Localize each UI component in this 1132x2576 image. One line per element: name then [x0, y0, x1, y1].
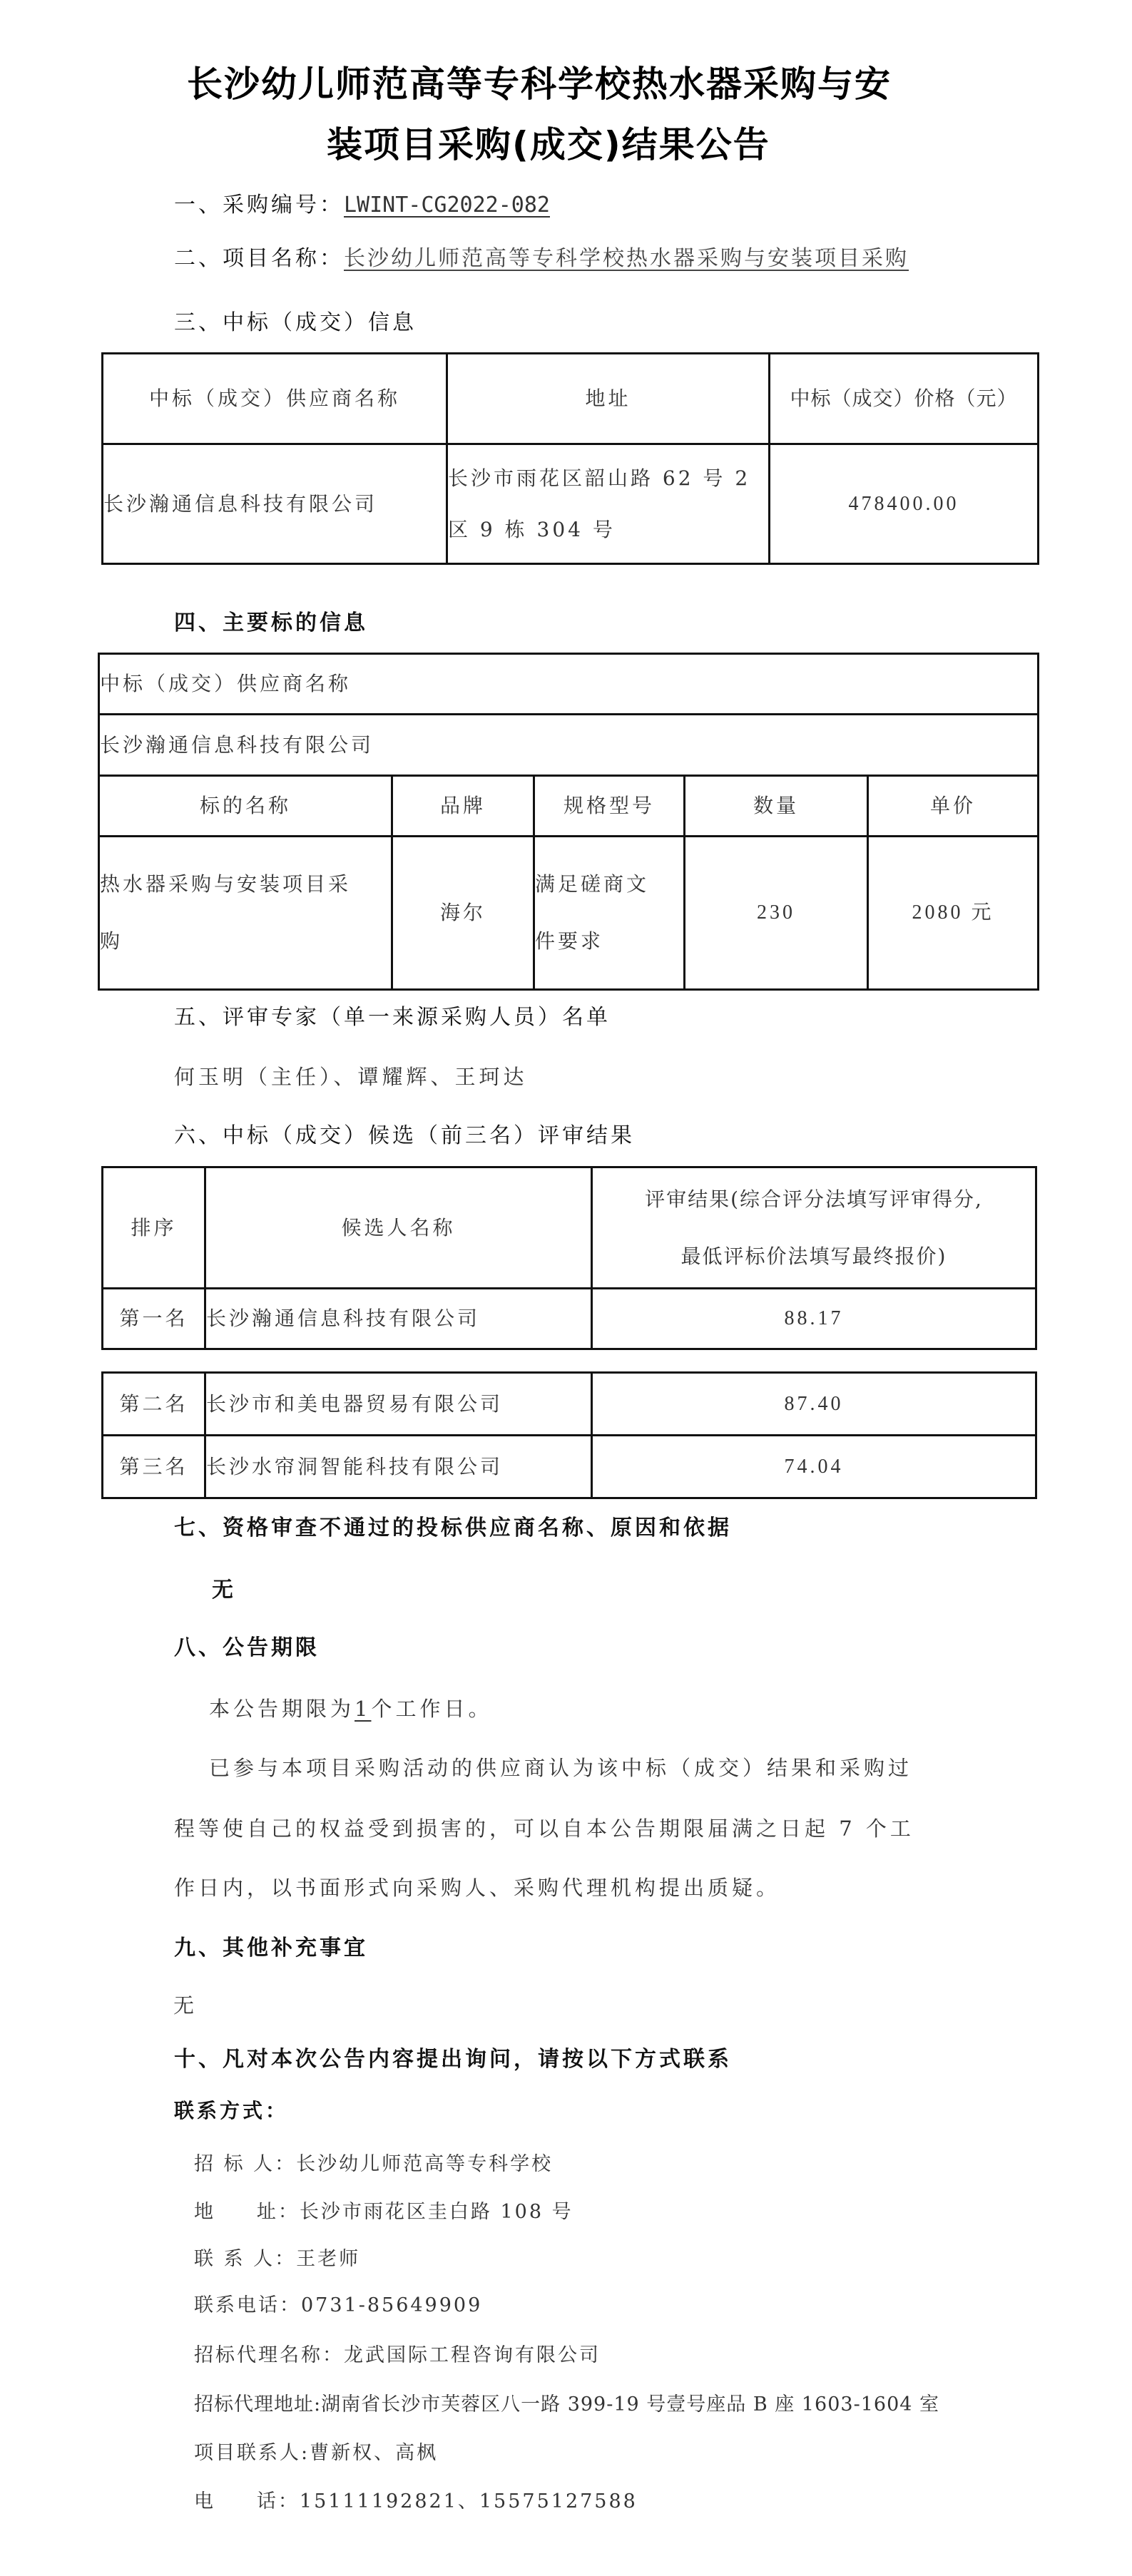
- ranking-table-bottom: 第二名 长沙市和美电器贸易有限公司 87.40 第三名 长沙水帘洞智能科技有限公…: [101, 1371, 1037, 1499]
- contact-phone: 联系电话：0731-85649909: [194, 2293, 482, 2319]
- spec-line2: 件要求: [535, 913, 683, 970]
- other-matters-content: 无: [173, 1991, 198, 2020]
- header-unit-price: 单价: [868, 776, 1039, 837]
- challenge-paragraph-line2: 程等使自己的权益受到损害的，可以自本公告期限届满之日起 7 个工: [174, 1814, 914, 1843]
- contact-value: 长沙幼儿师范高等专科学校: [296, 2153, 553, 2175]
- challenge-paragraph-line1: 已参与本项目采购活动的供应商认为该中标（成交）结果和采购过: [209, 1754, 912, 1782]
- cell-subject-name: 热水器采购与安装项目采 购: [99, 837, 392, 990]
- contact-method-label: 联系方式：: [174, 2097, 288, 2125]
- contact-label: 招标代理地址:: [194, 2393, 321, 2416]
- contact-value: 曹新权、高枫: [310, 2442, 438, 2464]
- section-notice-period-heading: 八、公告期限: [174, 1634, 320, 1662]
- ranking-header-row: 排序 候选人名称 评审结果(综合评分法填写评审得分, 最低评标价法填写最终报价): [103, 1167, 1036, 1289]
- cell-rank: 第三名: [103, 1436, 205, 1498]
- subject-table: 中标（成交）供应商名称 长沙瀚通信息科技有限公司 标的名称 品牌 规格型号 数量…: [98, 653, 1039, 991]
- cell-brand: 海尔: [392, 837, 534, 990]
- procurement-number-value: LWINT-CG2022-082: [344, 193, 550, 218]
- contact-project-contacts: 项目联系人:曹新权、高枫: [194, 2440, 438, 2466]
- award-table-header-row: 中标（成交）供应商名称 地址 中标（成交）价格（元）: [103, 354, 1039, 444]
- cell-score: 88.17: [592, 1289, 1036, 1349]
- contact-project-phone: 电 话：15111192821、15575127588: [194, 2489, 638, 2515]
- header-spec: 规格型号: [534, 776, 685, 837]
- contact-label: 项目联系人:: [194, 2442, 310, 2464]
- section-subject-heading: 四、主要标的信息: [174, 609, 368, 638]
- cell-supplier-name: 长沙瀚通信息科技有限公司: [103, 444, 447, 564]
- ranking-row: 第一名 长沙瀚通信息科技有限公司 88.17: [103, 1289, 1036, 1349]
- section-ranking-heading: 六、中标（成交）候选（前三名）评审结果: [174, 1122, 635, 1150]
- cell-address: 长沙市雨花区韶山路 62 号 2 区 9 栋 304 号: [447, 444, 770, 564]
- award-table: 中标（成交）供应商名称 地址 中标（成交）价格（元） 长沙瀚通信息科技有限公司 …: [101, 352, 1039, 565]
- notice-period-text: 本公告期限为1个工作日。: [209, 1695, 492, 1723]
- header-result-line2: 最低评标价法填写最终报价): [593, 1228, 1035, 1285]
- contact-person: 联 系 人：王老师: [194, 2247, 360, 2272]
- section-experts-heading: 五、评审专家（单一来源采购人员）名单: [174, 1003, 611, 1032]
- section-disqualified-heading: 七、资格审查不通过的投标供应商名称、原因和依据: [174, 1514, 732, 1543]
- header-address: 地址: [447, 354, 770, 444]
- cell-price: 478400.00: [770, 444, 1039, 564]
- contact-label: 招 标 人：: [194, 2153, 296, 2175]
- contact-label: 联系电话：: [194, 2294, 301, 2316]
- contact-tenderer: 招 标 人：长沙幼儿师范高等专科学校: [194, 2152, 553, 2177]
- notice-period-prefix: 本公告期限为: [209, 1697, 355, 1721]
- contact-label: 地 址：: [194, 2201, 300, 2223]
- ranking-row: 第二名 长沙市和美电器贸易有限公司 87.40: [103, 1373, 1036, 1436]
- contact-value: 0731-85649909: [301, 2294, 482, 2316]
- contact-value: 龙武国际工程咨询有限公司: [344, 2344, 601, 2366]
- contact-value: 长沙市雨花区圭白路 108 号: [300, 2201, 573, 2223]
- cell-supplier-label: 中标（成交）供应商名称: [99, 654, 1039, 715]
- header-brand: 品牌: [392, 776, 534, 837]
- header-price: 中标（成交）价格（元）: [770, 354, 1039, 444]
- cell-score: 87.40: [592, 1373, 1036, 1436]
- cell-candidate-name: 长沙瀚通信息科技有限公司: [205, 1289, 592, 1349]
- notice-period-days: 1: [355, 1697, 371, 1721]
- project-name-label: 二、项目名称：: [174, 246, 344, 271]
- section-procurement-number: 一、采购编号：LWINT-CG2022-082: [174, 191, 550, 220]
- contact-agency-address: 招标代理地址:湖南省长沙市芙蓉区八一路 399-19 号壹号座品 B 座 160…: [194, 2392, 939, 2418]
- header-supplier-name: 中标（成交）供应商名称: [103, 354, 447, 444]
- subject-name-line1: 热水器采购与安装项目采: [100, 856, 391, 913]
- supplier-label-row: 中标（成交）供应商名称: [99, 654, 1039, 715]
- contact-value: 湖南省长沙市芙蓉区八一路 399-19 号壹号座品 B 座 1603-1604 …: [321, 2393, 939, 2416]
- contact-address: 地 址：长沙市雨花区圭白路 108 号: [194, 2199, 573, 2225]
- cell-spec: 满足磋商文 件要求: [534, 837, 685, 990]
- experts-list: 何玉明（主任）、谭耀辉、王珂达: [174, 1063, 528, 1091]
- cell-unit-price: 2080 元: [868, 837, 1039, 990]
- cell-rank: 第一名: [103, 1289, 205, 1349]
- header-result-line1: 评审结果(综合评分法填写评审得分,: [593, 1171, 1035, 1228]
- contact-value: 15111192821、15575127588: [300, 2490, 638, 2513]
- cell-rank: 第二名: [103, 1373, 205, 1436]
- subject-row: 热水器采购与安装项目采 购 海尔 满足磋商文 件要求 230 2080 元: [99, 837, 1039, 990]
- project-name-value: 长沙幼儿师范高等专科学校热水器采购与安装项目采购: [344, 246, 909, 271]
- address-line2: 区 9 栋 304 号: [448, 504, 768, 556]
- contact-label: 电 话：: [194, 2490, 300, 2513]
- notice-period-suffix: 个工作日。: [371, 1697, 492, 1721]
- ranking-row: 第三名 长沙水帘洞智能科技有限公司 74.04: [103, 1436, 1036, 1498]
- award-table-row: 长沙瀚通信息科技有限公司 长沙市雨花区韶山路 62 号 2 区 9 栋 304 …: [103, 444, 1039, 564]
- contact-agency-name: 招标代理名称：龙武国际工程咨询有限公司: [194, 2343, 601, 2368]
- supplier-value-row: 长沙瀚通信息科技有限公司: [99, 715, 1039, 776]
- subject-name-line2: 购: [100, 913, 391, 970]
- section-project-name: 二、项目名称：长沙幼儿师范高等专科学校热水器采购与安装项目采购: [174, 245, 909, 273]
- document-title-line1: 长沙幼儿师范高等专科学校热水器采购与安: [187, 63, 892, 106]
- subject-header-row: 标的名称 品牌 规格型号 数量 单价: [99, 776, 1039, 837]
- cell-supplier-value: 长沙瀚通信息科技有限公司: [99, 715, 1039, 776]
- disqualified-content: 无: [212, 1576, 236, 1605]
- contact-label: 联 系 人：: [194, 2248, 296, 2270]
- cell-score: 74.04: [592, 1436, 1036, 1498]
- document-title-line2: 装项目采购(成交)结果公告: [327, 123, 770, 166]
- header-candidate-name: 候选人名称: [205, 1167, 592, 1289]
- procurement-number-label: 一、采购编号：: [174, 193, 344, 218]
- contact-label: 招标代理名称：: [194, 2344, 344, 2366]
- cell-candidate-name: 长沙市和美电器贸易有限公司: [205, 1373, 592, 1436]
- challenge-paragraph-line3: 作日内，以书面形式向采购人、采购代理机构提出质疑。: [174, 1874, 780, 1902]
- ranking-table-top: 排序 候选人名称 评审结果(综合评分法填写评审得分, 最低评标价法填写最终报价)…: [101, 1166, 1037, 1350]
- spec-line1: 满足磋商文: [535, 856, 683, 913]
- header-rank: 排序: [103, 1167, 205, 1289]
- header-result: 评审结果(综合评分法填写评审得分, 最低评标价法填写最终报价): [592, 1167, 1036, 1289]
- section-award-heading: 三、中标（成交）信息: [174, 309, 417, 337]
- contact-value: 王老师: [296, 2248, 360, 2270]
- header-quantity: 数量: [685, 776, 868, 837]
- header-subject-name: 标的名称: [99, 776, 392, 837]
- cell-quantity: 230: [685, 837, 868, 990]
- section-other-matters-heading: 九、其他补充事宜: [174, 1934, 368, 1963]
- section-contact-heading: 十、凡对本次公告内容提出询问，请按以下方式联系: [174, 2045, 732, 2074]
- address-line1: 长沙市雨花区韶山路 62 号 2: [448, 453, 768, 504]
- cell-candidate-name: 长沙水帘洞智能科技有限公司: [205, 1436, 592, 1498]
